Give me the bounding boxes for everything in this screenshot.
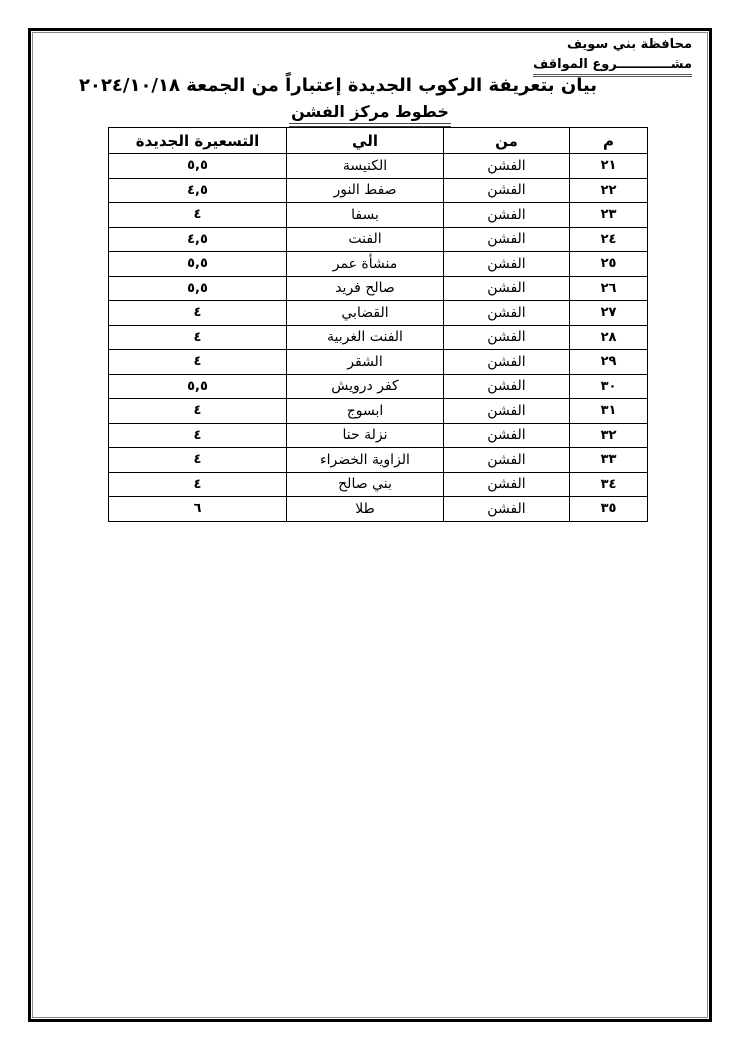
table-row: ٣٢ الفشن نزلة حنا ٤ <box>109 423 648 448</box>
cell-from: الفشن <box>444 350 570 375</box>
fare-table: م من الي التسعيرة الجديدة ٢١ الفشن الكني… <box>108 127 648 522</box>
cell-to: صفط النور <box>287 178 444 203</box>
cell-num: ٣٣ <box>570 448 648 473</box>
cell-to: القضابي <box>287 301 444 326</box>
org-governorate: محافظة بني سويف <box>533 36 692 53</box>
cell-fare: ٥,٥ <box>109 276 287 301</box>
cell-to: صالح فريد <box>287 276 444 301</box>
cell-num: ٢٥ <box>570 252 648 277</box>
cell-fare: ٤,٥ <box>109 178 287 203</box>
cell-from: الفشن <box>444 423 570 448</box>
cell-num: ٣٤ <box>570 472 648 497</box>
table-row: ٢٧ الفشن القضابي ٤ <box>109 301 648 326</box>
cell-fare: ٥,٥ <box>109 154 287 179</box>
cell-fare: ٤,٥ <box>109 227 287 252</box>
column-header-to: الي <box>287 128 444 154</box>
table-row: ٣٣ الفشن الزاوية الخضراء ٤ <box>109 448 648 473</box>
table-row: ٣٠ الفشن كفر درويش ٥,٥ <box>109 374 648 399</box>
cell-to: منشأة عمر <box>287 252 444 277</box>
cell-from: الفشن <box>444 178 570 203</box>
cell-to: كفر درويش <box>287 374 444 399</box>
cell-fare: ٥,٥ <box>109 374 287 399</box>
cell-to: طلا <box>287 497 444 522</box>
cell-from: الفشن <box>444 252 570 277</box>
table-row: ٣٤ الفشن بني صالح ٤ <box>109 472 648 497</box>
cell-fare: ٤ <box>109 448 287 473</box>
cell-fare: ٤ <box>109 301 287 326</box>
cell-num: ٣٢ <box>570 423 648 448</box>
cell-from: الفشن <box>444 154 570 179</box>
cell-from: الفشن <box>444 399 570 424</box>
cell-num: ٢٩ <box>570 350 648 375</box>
cell-num: ٢٣ <box>570 203 648 228</box>
cell-from: الفشن <box>444 301 570 326</box>
cell-from: الفشن <box>444 227 570 252</box>
cell-fare: ٦ <box>109 497 287 522</box>
table-row: ٣٥ الفشن طلا ٦ <box>109 497 648 522</box>
cell-fare: ٤ <box>109 399 287 424</box>
cell-fare: ٤ <box>109 350 287 375</box>
column-header-from: من <box>444 128 570 154</box>
cell-to: الفنت <box>287 227 444 252</box>
page-border-inner-line: محافظة بني سويف مشــــــــــــروع المواق… <box>32 32 708 1018</box>
cell-from: الفشن <box>444 497 570 522</box>
cell-num: ٣١ <box>570 399 648 424</box>
cell-fare: ٤ <box>109 472 287 497</box>
cell-num: ٢٤ <box>570 227 648 252</box>
cell-num: ٢٦ <box>570 276 648 301</box>
cell-from: الفشن <box>444 325 570 350</box>
table-header-row: م من الي التسعيرة الجديدة <box>109 128 648 154</box>
cell-to: الزاوية الخضراء <box>287 448 444 473</box>
table-row: ٢٦ الفشن صالح فريد ٥,٥ <box>109 276 648 301</box>
table-row: ٢٣ الفشن بسفا ٤ <box>109 203 648 228</box>
cell-from: الفشن <box>444 448 570 473</box>
page-border-frame: محافظة بني سويف مشــــــــــــروع المواق… <box>28 28 712 1022</box>
cell-from: الفشن <box>444 203 570 228</box>
cell-num: ٣٠ <box>570 374 648 399</box>
cell-fare: ٤ <box>109 423 287 448</box>
cell-to: الفنت الغربية <box>287 325 444 350</box>
document-title: بيان بتعريفة الركوب الجديدة إعتباراً من … <box>1 74 675 98</box>
cell-to: الكنيسة <box>287 154 444 179</box>
cell-to: الشقر <box>287 350 444 375</box>
org-header: محافظة بني سويف مشــــــــــــروع المواق… <box>533 36 692 77</box>
cell-from: الفشن <box>444 276 570 301</box>
cell-to: نزلة حنا <box>287 423 444 448</box>
cell-num: ٢١ <box>570 154 648 179</box>
cell-fare: ٥,٥ <box>109 252 287 277</box>
table-row: ٢٤ الفشن الفنت ٤,٥ <box>109 227 648 252</box>
document-page: محافظة بني سويف مشــــــــــــروع المواق… <box>0 0 750 1061</box>
section-title: خطوط مركز الفشن <box>289 101 451 127</box>
column-header-num: م <box>570 128 648 154</box>
table-row: ٢١ الفشن الكنيسة ٥,٥ <box>109 154 648 179</box>
cell-num: ٢٢ <box>570 178 648 203</box>
table-row: ٢٩ الفشن الشقر ٤ <box>109 350 648 375</box>
section-title-row: خطوط مركز الفشن <box>33 101 707 127</box>
table-row: ٢٨ الفشن الفنت الغربية ٤ <box>109 325 648 350</box>
cell-to: بني صالح <box>287 472 444 497</box>
cell-to: بسفا <box>287 203 444 228</box>
cell-num: ٢٧ <box>570 301 648 326</box>
cell-num: ٢٨ <box>570 325 648 350</box>
column-header-fare: التسعيرة الجديدة <box>109 128 287 154</box>
table-row: ٢٥ الفشن منشأة عمر ٥,٥ <box>109 252 648 277</box>
table-row: ٣١ الفشن ابسوج ٤ <box>109 399 648 424</box>
cell-to: ابسوج <box>287 399 444 424</box>
cell-fare: ٤ <box>109 203 287 228</box>
cell-from: الفشن <box>444 472 570 497</box>
cell-num: ٣٥ <box>570 497 648 522</box>
cell-fare: ٤ <box>109 325 287 350</box>
table-row: ٢٢ الفشن صفط النور ٤,٥ <box>109 178 648 203</box>
cell-from: الفشن <box>444 374 570 399</box>
